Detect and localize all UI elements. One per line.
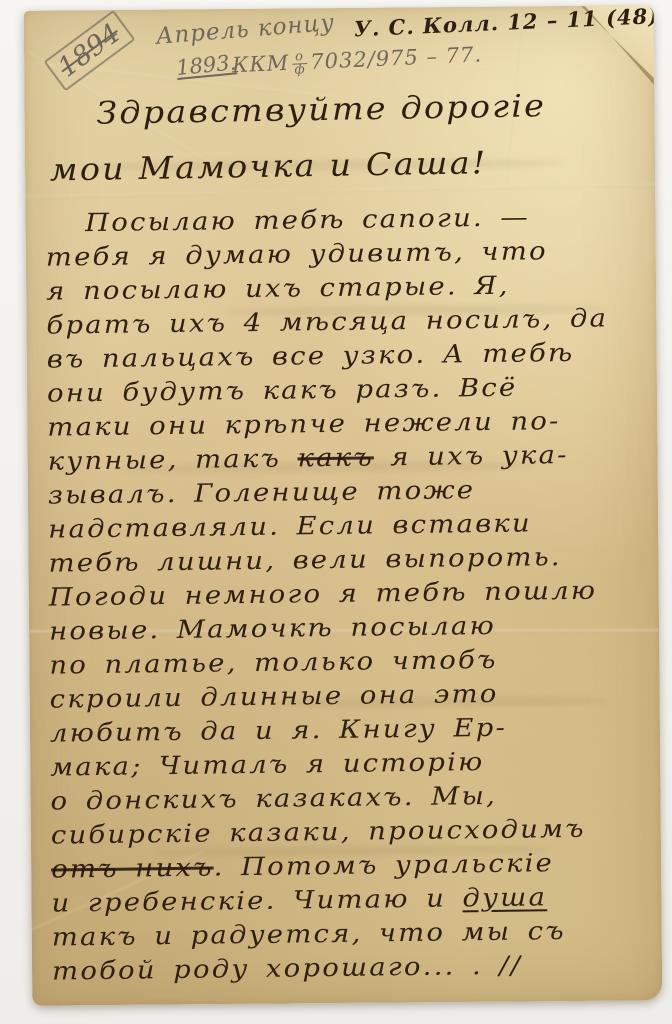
letter-text-segment: такъ и радуется, что мы съ	[52, 916, 566, 952]
pencil-year-boxed: 1894	[44, 10, 136, 91]
pencil-year-note: 1893.	[175, 50, 237, 80]
salutation: Здравствуйте дорогіе мои Мамочка и Саша!	[48, 78, 547, 198]
letter-text-segment: и гребенскіе. Читаю и	[51, 883, 462, 917]
salutation-line: Здравствуйте дорогіе	[96, 78, 547, 142]
letter-text-segment: о донскихъ казакахъ. Мы,	[50, 781, 497, 816]
letter-text-segment: какъ	[297, 442, 374, 472]
pencil-year-boxed-text: 1894	[53, 18, 127, 84]
inventory-fund-fraction: оф	[292, 51, 308, 77]
letter-paper: 1894 Апрель концу У. С. Колл. 12 – 11 (4…	[24, 5, 663, 1005]
pencil-month-note: Апрель концу	[155, 10, 336, 50]
letter-text-segment: новые. Мамочкѣ посылаю	[49, 611, 496, 646]
letter-text-segment: братъ ихъ 4 мѣсяца носилъ, да	[46, 303, 608, 339]
letter-text-segment: мака; Читалъ я исторію	[50, 747, 485, 782]
letter-text-segment: они будутъ какъ разъ. Всё	[47, 373, 518, 408]
letter-text-segment: скроили длинные она это	[49, 679, 498, 714]
letter-line: тобой роду хорошаго... . //	[52, 946, 663, 988]
pencil-inventory-mark: ККМоф7032/975 – 77.	[232, 42, 483, 79]
inventory-fraction-bottom: ф	[292, 64, 308, 77]
letter-body: Посылаю тебѣ сапоги. —тебя я думаю удиви…	[45, 201, 658, 988]
inventory-number: 7032/975 – 77.	[310, 42, 483, 73]
letter-text-segment: душа	[462, 882, 547, 912]
letter-text-segment: тебя я думаю удивитъ, что	[46, 236, 548, 271]
letter-text-segment: любитъ да и я. Книгу Ер-	[50, 713, 507, 748]
letter-text-segment: Погоди немного я тебѣ пошлю	[49, 576, 598, 612]
letter-text-segment: я посылаю ихъ старые. Я,	[46, 271, 510, 306]
scan-background: 1894 Апрель концу У. С. Колл. 12 – 11 (4…	[0, 0, 672, 1024]
letter-text-segment: купные, такъ	[47, 443, 297, 475]
salutation-line: мои Мамочка и Саша!	[49, 134, 547, 198]
inventory-org: ККМ	[232, 51, 290, 77]
letter-text-segment: таки они крѣпче нежели по-	[47, 406, 561, 442]
letter-text-segment: тобой роду хорошаго... . //	[52, 951, 523, 986]
letter-text-segment: отъ нихъ	[51, 852, 214, 883]
letter-text-segment: въ пальцахъ все узко. А тебѣ	[47, 338, 575, 374]
letter-text-segment: я ихъ ука-	[374, 440, 569, 471]
letter-text-segment: зывалъ. Голенище тоже	[48, 475, 476, 509]
letter-text-segment: тебѣ лишни, вели выпороть.	[48, 542, 562, 578]
letter-text-segment: надставляли. Если вставки	[48, 508, 532, 543]
letter-text-segment: сибирскіе казаки, происходимъ	[51, 814, 586, 850]
letter-text-segment: . Потомъ уральскіе	[213, 848, 554, 881]
letter-text-segment: по платье, только чтобъ	[49, 645, 498, 680]
letter-text-segment: Посылаю тебѣ сапоги. —	[85, 202, 530, 237]
